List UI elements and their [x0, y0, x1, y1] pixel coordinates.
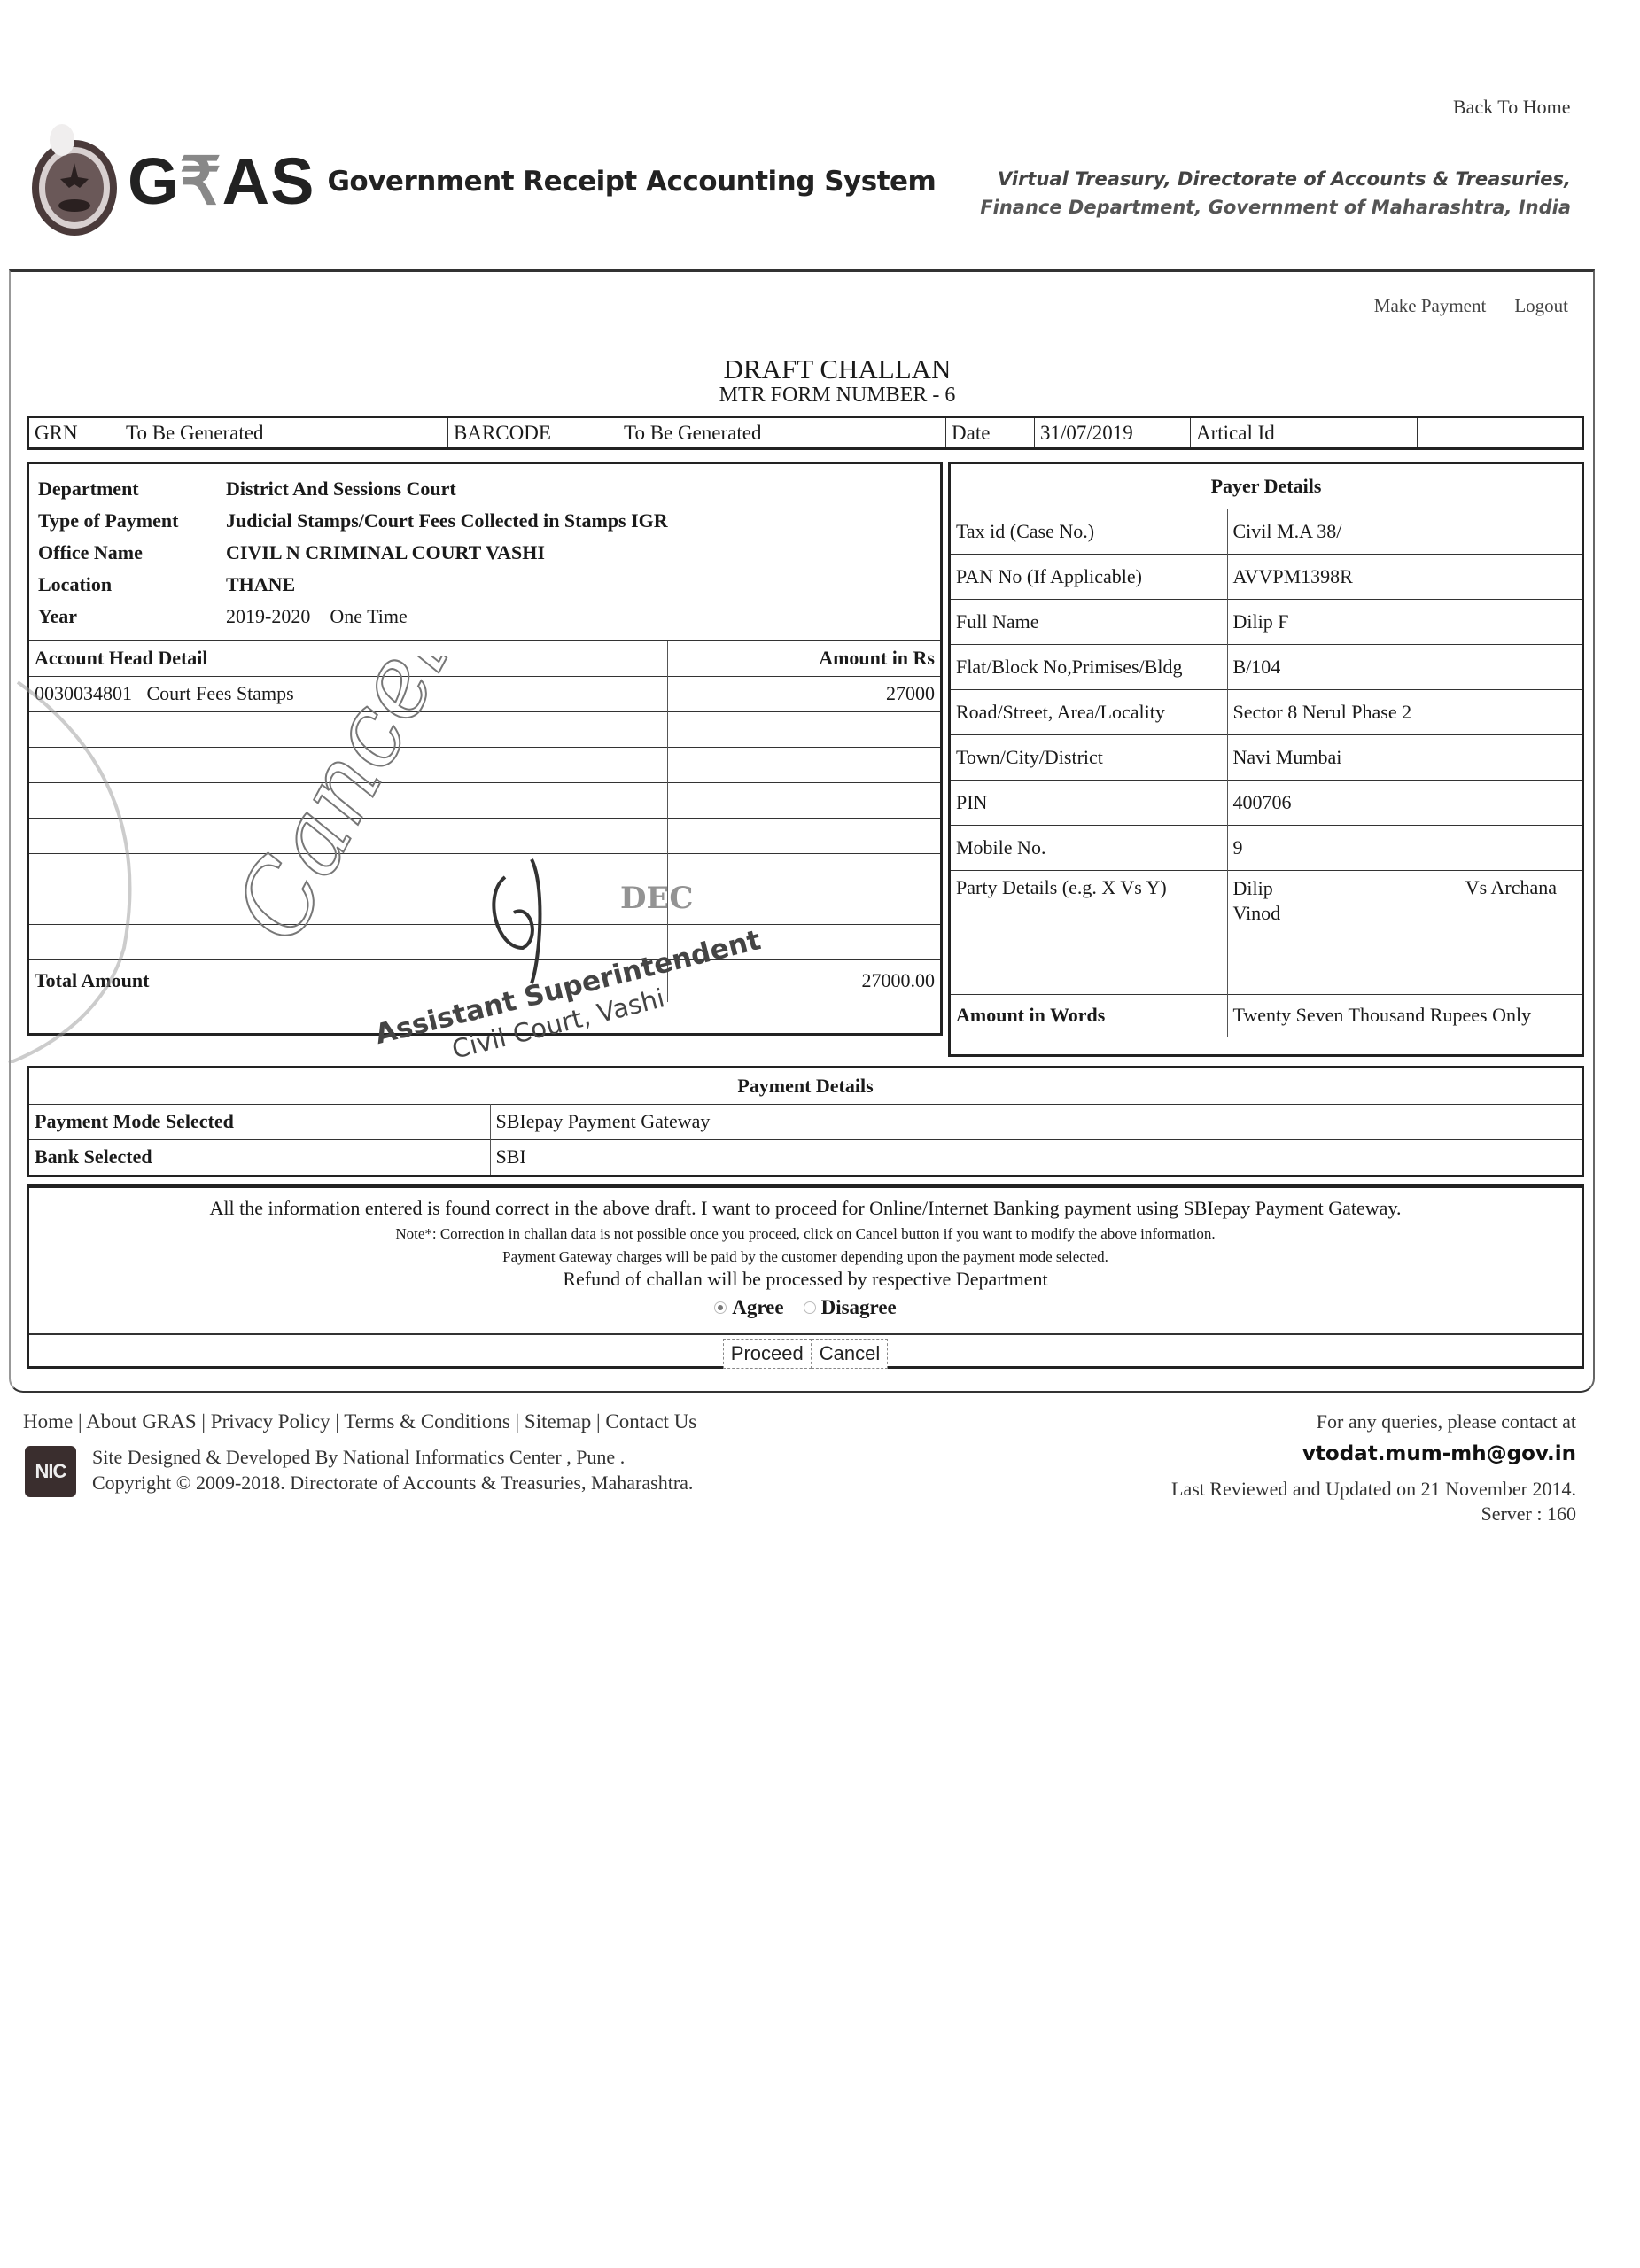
date-label: Date: [946, 417, 1035, 449]
payer-table: Payer Details Tax id (Case No.)Civil M.A…: [951, 464, 1582, 1037]
payer-field-label: PAN No (If Applicable): [951, 554, 1227, 599]
account-head-detail: [29, 889, 667, 924]
footer-link[interactable]: About GRAS: [86, 1410, 197, 1433]
rupee-icon: ₹: [180, 144, 222, 218]
gras-logo: G₹AS Government Receipt Accounting Syste…: [27, 124, 936, 239]
barcode-value: To Be Generated: [618, 417, 946, 449]
account-head-amount: [667, 711, 940, 747]
account-head-amount: 27000: [667, 676, 940, 711]
grn-value: To Be Generated: [120, 417, 448, 449]
account-head-header: Account Head Detail Amount in Rs: [29, 641, 940, 676]
link-separator: |: [330, 1410, 345, 1433]
footer-link[interactable]: Contact Us: [605, 1410, 696, 1433]
payer-field-value: Civil M.A 38/: [1227, 509, 1582, 554]
radio-selected-icon[interactable]: [714, 1301, 727, 1314]
account-head-detail: [29, 747, 667, 782]
detail-row-year: Year 2019-2020 One Time: [38, 601, 931, 633]
declaration-text: All the information entered is found cor…: [29, 1197, 1582, 1220]
amount-words-label: Amount in Words: [951, 994, 1227, 1037]
total-row: Total Amount 27000.00: [29, 959, 940, 1002]
agree-radio-group: Agree Disagree: [714, 1296, 897, 1319]
col-amount: Amount in Rs: [667, 641, 940, 676]
gateway-charges-note: Payment Gateway charges will be paid by …: [29, 1248, 1582, 1266]
payment-mode-row: Payment Mode Selected SBIepay Payment Ga…: [29, 1104, 1582, 1139]
bank-label: Bank Selected: [29, 1139, 490, 1175]
payer-row: Road/Street, Area/LocalitySector 8 Nerul…: [951, 689, 1582, 734]
total-label: Total Amount: [29, 959, 667, 1002]
account-head-amount: [667, 782, 940, 818]
account-head-amount: [667, 853, 940, 889]
disagree-radio[interactable]: Disagree: [804, 1296, 897, 1319]
gras-wordmark: G₹AS: [128, 149, 315, 214]
cancel-button[interactable]: Cancel: [812, 1339, 888, 1369]
department-info: Department District And Sessions Court T…: [29, 464, 940, 640]
link-separator: |: [197, 1410, 211, 1433]
payer-field-label: Flat/Block No,Primises/Bldg: [951, 644, 1227, 689]
grn-label: GRN: [28, 417, 120, 449]
developed-by: Site Designed & Developed By National In…: [92, 1444, 693, 1470]
server-id: Server : 160: [1171, 1503, 1576, 1526]
make-payment-link[interactable]: Make Payment: [1374, 295, 1487, 317]
payer-field-label: Road/Street, Area/Locality: [951, 689, 1227, 734]
payer-field-value: Navi Mumbai: [1227, 734, 1582, 780]
barcode-label: BARCODE: [448, 417, 618, 449]
artical-id-value: [1418, 417, 1583, 449]
payment-mode-value: SBIepay Payment Gateway: [490, 1104, 1582, 1139]
footer-link[interactable]: Home: [23, 1410, 73, 1433]
system-title: Government Receipt Accounting System: [327, 166, 936, 198]
footer-contact: For any queries, please contact at vtoda…: [1171, 1410, 1576, 1526]
account-head-detail: [29, 782, 667, 818]
detail-row-payment-type: Type of Payment Judicial Stamps/Court Fe…: [38, 505, 931, 537]
correction-note: Note*: Correction in challan data is not…: [29, 1225, 1582, 1243]
account-head-row: [29, 782, 940, 818]
account-head-row: [29, 747, 940, 782]
payer-row: Full NameDilip F: [951, 599, 1582, 644]
payer-field-value: Dilip F: [1227, 599, 1582, 644]
payer-row: PAN No (If Applicable)AVVPM1398R: [951, 554, 1582, 599]
payment-table: Payment Details Payment Mode Selected SB…: [29, 1068, 1582, 1175]
logout-link[interactable]: Logout: [1514, 295, 1568, 317]
footer-link[interactable]: Sitemap: [525, 1410, 591, 1433]
party-details-row: Party Details (e.g. X Vs Y) Dilip Vinod …: [951, 870, 1582, 994]
last-updated: Last Reviewed and Updated on 21 November…: [1171, 1478, 1576, 1501]
party-value: Dilip Vinod Vs Archana: [1227, 870, 1582, 994]
challan-details-box: Department District And Sessions Court T…: [27, 462, 943, 1036]
payer-field-value: Sector 8 Nerul Phase 2: [1227, 689, 1582, 734]
account-head-row: [29, 711, 940, 747]
payer-field-label: Town/City/District: [951, 734, 1227, 780]
refund-note: Refund of challan will be processed by r…: [29, 1268, 1582, 1291]
payer-field-label: Mobile No.: [951, 825, 1227, 870]
total-value: 27000.00: [667, 959, 940, 1002]
payer-row: Tax id (Case No.)Civil M.A 38/: [951, 509, 1582, 554]
account-head-amount: [667, 889, 940, 924]
date-value: 31/07/2019: [1035, 417, 1191, 449]
query-text: For any queries, please contact at: [1171, 1410, 1576, 1433]
account-head-row: [29, 818, 940, 853]
account-head-detail: [29, 924, 667, 959]
payer-field-value: B/104: [1227, 644, 1582, 689]
account-head-row: [29, 889, 940, 924]
detail-row-department: Department District And Sessions Court: [38, 473, 931, 505]
payment-details-box: Payment Details Payment Mode Selected SB…: [27, 1066, 1584, 1177]
account-head-detail: [29, 853, 667, 889]
org-line-2: Finance Department, Government of Mahara…: [980, 197, 1571, 218]
account-head-amount: [667, 747, 940, 782]
payer-row: PIN400706: [951, 780, 1582, 825]
payer-field-label: Full Name: [951, 599, 1227, 644]
link-separator: |: [510, 1410, 525, 1433]
amount-words-value: Twenty Seven Thousand Rupees Only: [1227, 994, 1582, 1037]
contact-email-link[interactable]: vtodat.mum-mh@gov.in: [1171, 1442, 1576, 1465]
challan-title: DRAFT CHALLAN MTR FORM NUMBER - 6: [11, 353, 1593, 408]
detail-row-office: Office Name CIVIL N CRIMINAL COURT VASHI: [38, 537, 931, 569]
payer-field-value: AVVPM1398R: [1227, 554, 1582, 599]
account-head-detail: 0030034801 Court Fees Stamps: [29, 676, 667, 711]
artical-id-label: Artical Id: [1191, 417, 1418, 449]
footer-link[interactable]: Terms & Conditions: [344, 1410, 510, 1433]
top-nav: Make Payment Logout: [1374, 295, 1568, 317]
account-head-table: Account Head Detail Amount in Rs 0030034…: [29, 640, 940, 1002]
challan-panel: Make Payment Logout DRAFT CHALLAN MTR FO…: [9, 269, 1595, 1393]
footer-link[interactable]: Privacy Policy: [211, 1410, 330, 1433]
form-number: MTR FORM NUMBER - 6: [82, 384, 1593, 408]
col-account-head: Account Head Detail: [29, 641, 667, 676]
account-head-row: [29, 924, 940, 959]
maharashtra-emblem-icon: [27, 124, 122, 239]
account-head-amount: [667, 818, 940, 853]
proceed-button[interactable]: Proceed: [723, 1339, 812, 1369]
payer-field-label: PIN: [951, 780, 1227, 825]
challan-header-table: GRN To Be Generated BARCODE To Be Genera…: [27, 416, 1584, 450]
declaration-box: All the information entered is found cor…: [27, 1184, 1584, 1369]
radio-empty-icon[interactable]: [804, 1301, 816, 1314]
account-head-detail: [29, 711, 667, 747]
link-separator: |: [591, 1410, 605, 1433]
agree-radio[interactable]: Agree: [714, 1296, 783, 1319]
bank-value: SBI: [490, 1139, 1582, 1175]
detail-row-location: Location THANE: [38, 569, 931, 601]
copyright: Copyright © 2009-2018. Directorate of Ac…: [92, 1470, 693, 1495]
payer-heading: Payer Details: [951, 464, 1582, 509]
org-line-1: Virtual Treasury, Directorate of Account…: [998, 168, 1571, 190]
footer-links: Home | About GRAS | Privacy Policy | Ter…: [23, 1410, 696, 1433]
page-title: DRAFT CHALLAN: [82, 353, 1593, 385]
account-head-row: 0030034801 Court Fees Stamps27000: [29, 676, 940, 711]
back-to-home-link[interactable]: Back To Home: [1453, 96, 1570, 119]
payment-mode-label: Payment Mode Selected: [29, 1104, 490, 1139]
bank-row: Bank Selected SBI: [29, 1139, 1582, 1175]
account-head-amount: [667, 924, 940, 959]
footer-credit: Site Designed & Developed By National In…: [92, 1444, 693, 1495]
amount-words-row: Amount in Words Twenty Seven Thousand Ru…: [951, 994, 1582, 1037]
account-head-row: [29, 853, 940, 889]
payer-row: Town/City/DistrictNavi Mumbai: [951, 734, 1582, 780]
action-buttons: Proceed Cancel: [29, 1333, 1582, 1369]
nic-logo: NIC: [25, 1446, 76, 1497]
payer-field-value: 400706: [1227, 780, 1582, 825]
payer-field-value: 9: [1227, 825, 1582, 870]
payer-row: Mobile No.9: [951, 825, 1582, 870]
payer-details-box: Payer Details Tax id (Case No.)Civil M.A…: [948, 462, 1584, 1057]
party-label: Party Details (e.g. X Vs Y): [951, 870, 1227, 994]
link-separator: |: [73, 1410, 86, 1433]
payment-heading: Payment Details: [29, 1068, 1582, 1104]
account-head-detail: [29, 818, 667, 853]
payer-row: Flat/Block No,Primises/BldgB/104: [951, 644, 1582, 689]
payer-field-label: Tax id (Case No.): [951, 509, 1227, 554]
